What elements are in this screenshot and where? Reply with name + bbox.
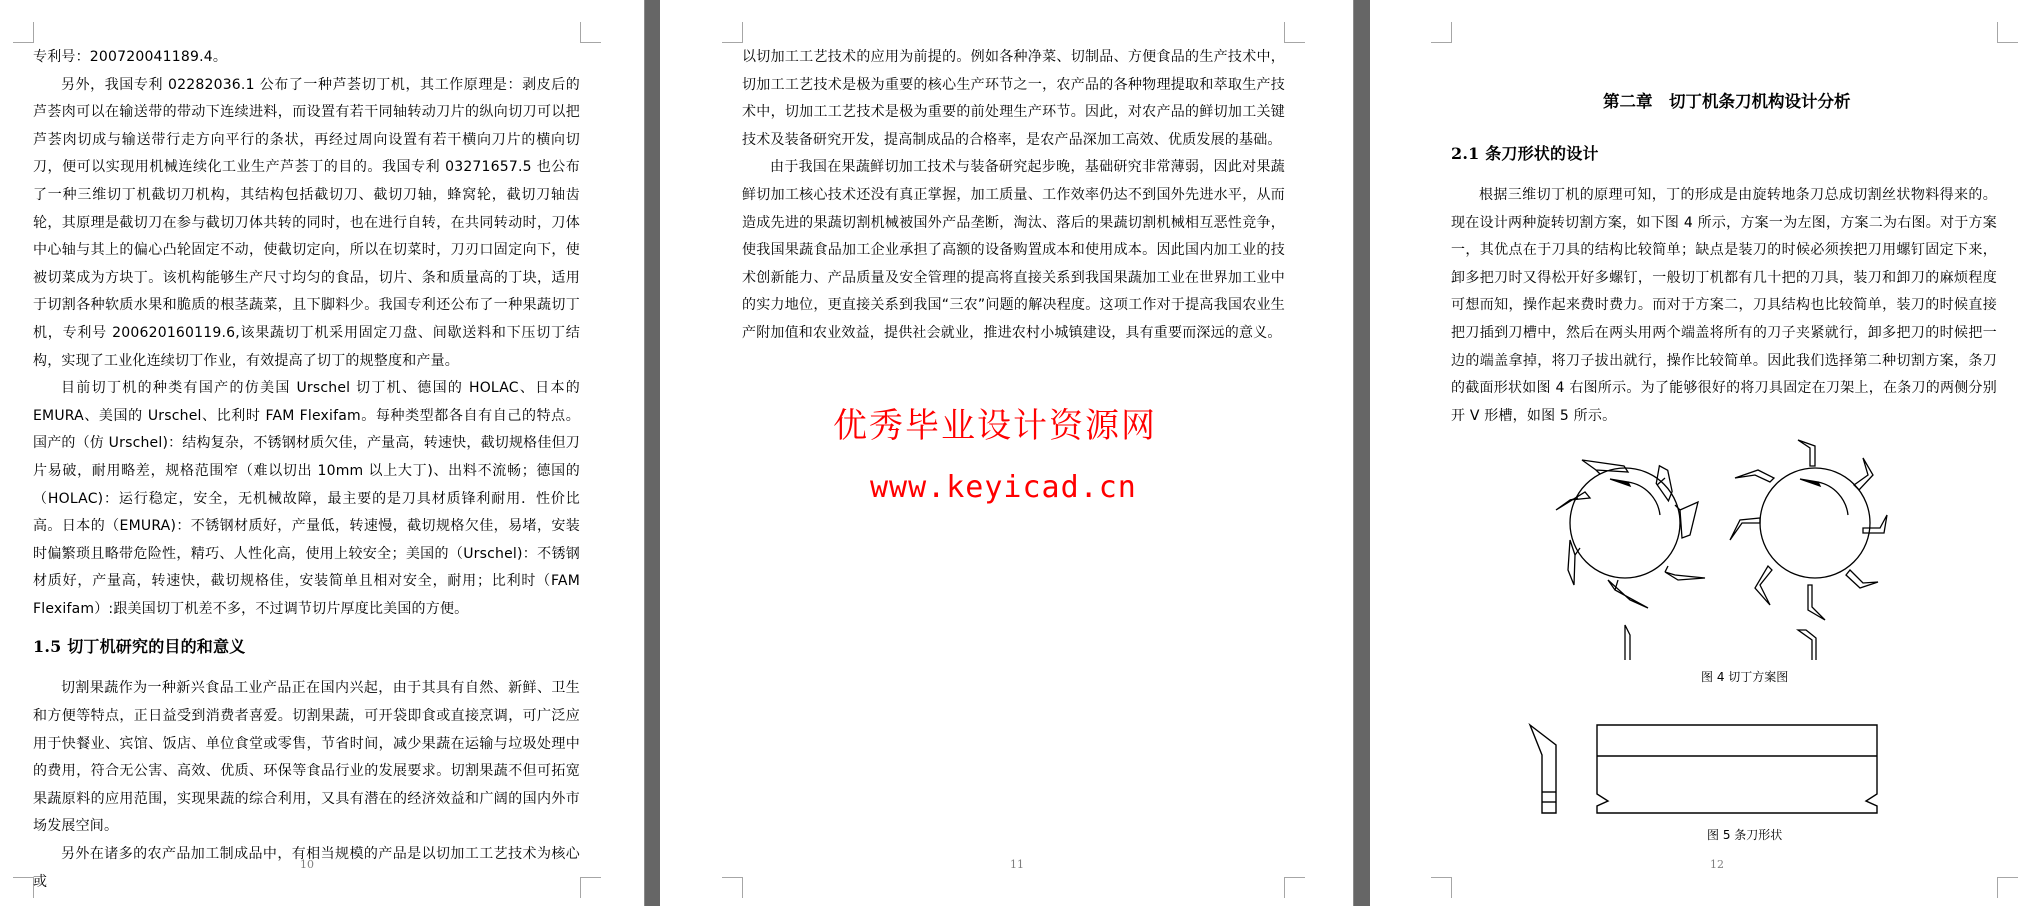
crop-mark-bottom-right [1284,877,1305,898]
figure-4-caption: 图 4 切丁方案图 [1701,668,1788,685]
figure-5-caption: 图 5 条刀形状 [1707,826,1782,843]
page-number: 10 [300,858,314,871]
section-heading-1-5: 1.5 切丁机研究的目的和意义 [33,633,580,661]
figure-4-cutting-schemes [1530,430,1910,660]
page-10-body: 专利号：200720041189.4。 另外，我国专利 02282036.1 公… [33,44,580,896]
document-page-12: 第二章 切丁机条刀机构设计分析 2.1 条刀形状的设计 根据三维切丁机的原理可知… [1370,0,2020,906]
paragraph: 以切加工工艺技术的应用为前提的。例如各种净菜、切制品、方便食品的生产技术中，切加… [742,44,1285,154]
blade-cross-section [1530,725,1556,813]
gutter-edge [644,0,645,906]
watermark-title: 优秀毕业设计资源网 [833,398,1157,447]
page-12-body: 2.1 条刀形状的设计 根据三维切丁机的原理可知，丁的形成是由旋转地条刀总成切割… [1451,140,1997,430]
figure-5-blade-shape [1520,710,1920,815]
scheme-2-rotor [1730,440,1887,660]
paragraph: 另外，我国专利 02282036.1 公布了一种芦荟切丁机，其工作原理是：剥皮后… [33,72,580,376]
page-number: 11 [1010,858,1024,871]
page-11-body: 以切加工工艺技术的应用为前提的。例如各种净菜、切制品、方便食品的生产技术中，切加… [742,44,1285,348]
paragraph: 切割果蔬作为一种新兴食品工业产品正在国内兴起，由于其具有自然、新鲜、卫生和方便等… [33,675,580,841]
crop-mark-bottom-left [13,877,34,898]
watermark-url: www.keyicad.cn [870,470,1137,505]
crop-mark-bottom-right [1997,877,2018,898]
crop-mark-top-left [13,22,34,43]
crop-mark-bottom-left [1431,877,1452,898]
page-number: 12 [1710,858,1724,871]
document-page-11: 以切加工工艺技术的应用为前提的。例如各种净菜、切制品、方便食品的生产技术中，切加… [660,0,1353,906]
section-heading-2-1: 2.1 条刀形状的设计 [1451,140,1997,168]
paragraph: 目前切丁机的种类有国产的仿美国 Urschel 切丁机、德国的 HOLAC、日本… [33,375,580,623]
crop-mark-bottom-left [722,877,743,898]
scheme-1-rotor [1556,460,1705,660]
crop-mark-top-left [1431,22,1452,43]
document-page-10: 专利号：200720041189.4。 另外，我国专利 02282036.1 公… [0,0,644,906]
crop-mark-top-right [580,22,601,43]
crop-mark-bottom-right [580,877,601,898]
crop-mark-top-left [722,22,743,43]
paragraph: 专利号：200720041189.4。 [33,44,580,72]
gutter-edge [1353,0,1354,906]
blade-front-view [1597,725,1877,813]
crop-mark-top-right [1284,22,1305,43]
chapter-title: 第二章 切丁机条刀机构设计分析 [1603,88,1851,112]
paragraph: 根据三维切丁机的原理可知，丁的形成是由旋转地条刀总成切割丝状物料得来的。现在设计… [1451,182,1997,430]
crop-mark-top-right [1997,22,2018,43]
paragraph: 由于我国在果蔬鲜切加工技术与装备研究起步晚，基础研究非常薄弱，因此对果蔬鲜切加工… [742,154,1285,347]
